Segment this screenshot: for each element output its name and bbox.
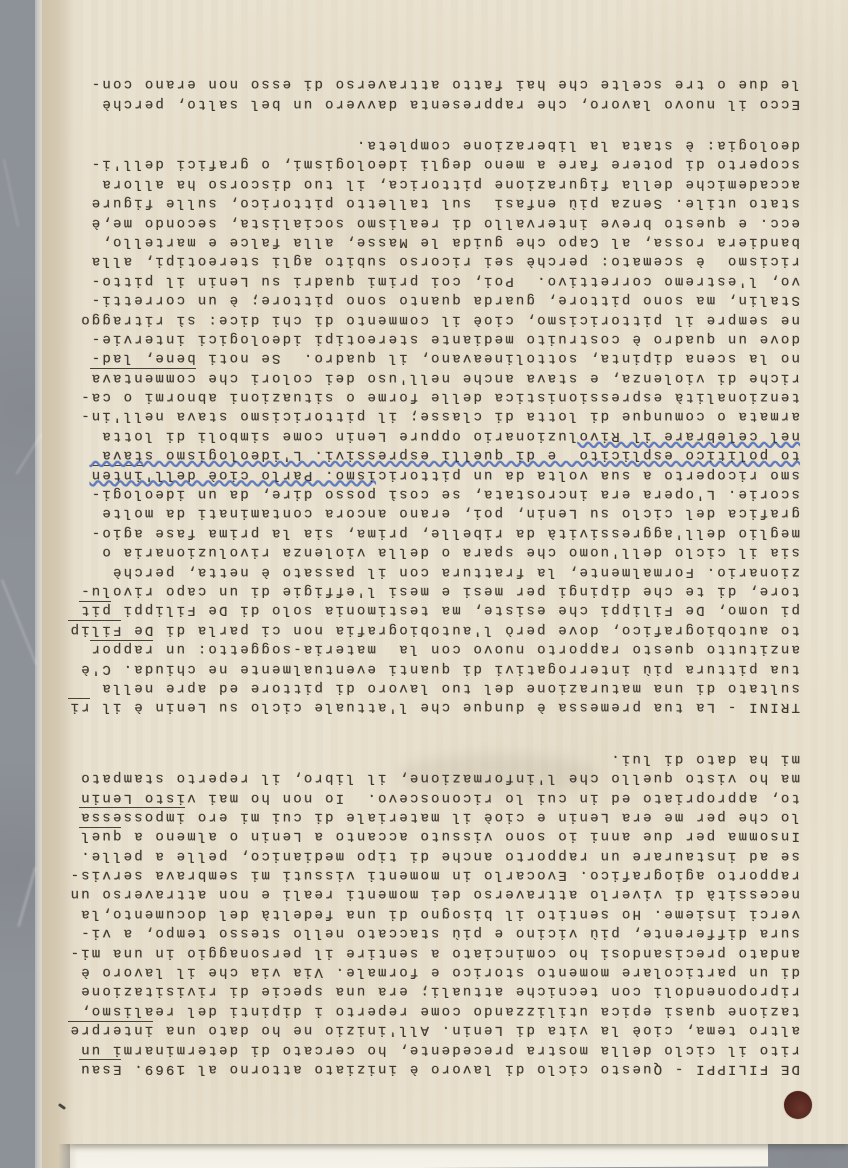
text-line: scorie. L'opera era incrostata, se così … (55, 484, 800, 503)
text-line: tazione quasi epica utilizzando come rep… (55, 1000, 800, 1019)
text-line: lo che per me era Lenin e cioè il materi… (55, 807, 800, 826)
text-line: deologia: è stata la liberazione complet… (55, 135, 800, 154)
typed-underline: commentava (90, 368, 196, 386)
text-line: sura differente, più vicino e più stacca… (55, 923, 800, 942)
typed-underline: impossessa (79, 807, 185, 825)
text-line: verci insieme. Ho sentito il bisogno di … (55, 903, 800, 922)
text-line: TRINI - La tua premessa è dunque che l'a… (55, 697, 800, 716)
text-line: riche di violenza, e stava anche nell'us… (55, 367, 800, 386)
text-line: riproponendoli con tecniche attuali; era… (55, 981, 800, 1000)
text-line: vo, l'estremo correttivo. Poi, coi primi… (55, 270, 800, 289)
text-line: anzitutto questo rapporto nuovo con la m… (55, 639, 800, 658)
text-line: stato utile. Senza più enfasi sul tallet… (55, 193, 800, 212)
text-line: dove un quadro è costruito mediante ster… (55, 329, 800, 348)
typed-underline: Filip (68, 620, 121, 638)
text-line: grafica del ciclo su Lenin, poi, erano a… (55, 503, 800, 522)
typed-underline: quel (79, 827, 121, 845)
scan-scene: DE FILIPPI - Questo ciclo di lavoro è in… (0, 0, 848, 1168)
text-line: pi uomo, De Filippi che esiste, ma testi… (55, 600, 800, 619)
typed-underline: ri (69, 698, 90, 716)
text-line: ma ho visto quello che l'informazione, i… (55, 768, 800, 787)
text-line: to politico esplicito e di quelli espres… (55, 445, 800, 464)
text-line: DE FILIPPI - Questo ciclo di lavoro è in… (55, 1059, 800, 1078)
text-line: meglio dell'aggressività da ribelle, pri… (55, 522, 800, 541)
text-line: nel celebrare il Rivoluzionario oppure L… (55, 426, 800, 445)
pen-underline: to politico esplicito (577, 447, 800, 463)
text-line: ricismo è scemato: perchè sei ricorso su… (55, 251, 800, 270)
pen-and-typed-underline: inten (90, 465, 143, 483)
text-line: Insomma per due anni io sono vissuto acc… (55, 826, 800, 845)
text-line: andato precisandosi ho cominciato a sent… (55, 942, 800, 961)
typed-underline: Esau (79, 1060, 121, 1078)
paragraph: TRINI - La tua premessa è dunque che l'a… (55, 135, 800, 717)
scanned-document-image: DE FILIPPI - Questo ciclo di lavoro è in… (0, 0, 848, 1168)
pen-underline: smo ricoperto a sua volta da un pittoric… (143, 467, 800, 483)
text-line: scoperto di potere fare a meno degli ide… (55, 154, 800, 173)
text-line: rito il ciclo della mostra precedente, h… (55, 1039, 800, 1058)
scanner-scuff (17, 867, 36, 927)
scanner-scuff (1, 579, 37, 665)
text-line: to, appropriato ed in cui lo riconoscevo… (55, 787, 800, 806)
ink-dot (784, 1091, 812, 1119)
text-line: se ad instaurare un rapporto anche di ti… (55, 845, 800, 864)
text-line: zionario. Formalmente, la frattura con i… (55, 561, 800, 580)
text-line: ecc. e questo breve intervallo di realis… (55, 212, 800, 231)
text-line: smo ricoperto a sua volta da un pittoric… (55, 464, 800, 483)
typed-text: DE FILIPPI - Questo ciclo di lavoro è in… (55, 74, 800, 1078)
text-line: ne sempre il pittoricismo, cioè il comme… (55, 309, 800, 328)
scanner-scuff (3, 159, 20, 228)
typed-underline: interpre (69, 1021, 154, 1039)
text-line: sultato di una maturazione del tuo lavor… (55, 678, 800, 697)
pen-underline: posso dire, da un ideologi- (90, 486, 376, 502)
text-line: accademiche della figurazione pittorica,… (55, 173, 800, 192)
page-stack-edge-highlight (35, 0, 42, 1168)
text-line: bandiera rossa, al Capo che guida le Mas… (55, 232, 800, 251)
text-line: rapporto agiografico. Evocarlo in moment… (55, 865, 800, 884)
text-line: no la scena dipinta, sottolineavano, il … (55, 348, 800, 367)
typed-underline: pit (79, 601, 111, 619)
text-line: Stalin, ma sono pittore, guarda quanto s… (55, 290, 800, 309)
text-line: necessità di viverlo attraverso dei mome… (55, 884, 800, 903)
typed-underline: inten (90, 465, 143, 483)
paragraph: Ecco il nuovo lavoro, che rappresenta da… (55, 74, 800, 113)
text-line: armata o comunque di lotta di classe; il… (55, 406, 800, 425)
text-line: Ecco il nuovo lavoro, che rappresenta da… (55, 93, 800, 112)
text-line: di un particolare momento storico e form… (55, 962, 800, 981)
paragraph: DE FILIPPI - Questo ciclo di lavoro è in… (55, 748, 800, 1078)
typed-underline: rappor (90, 640, 154, 658)
text-line: tore, di te che dipingi per mesi e mesi … (55, 581, 800, 600)
text-line: mi ha dato di lui. (55, 748, 800, 767)
text-line: tua pittura più interrogativi di quanti … (55, 658, 800, 677)
text-line: altro tema, cioè la vita di Lenin. All'i… (55, 1020, 800, 1039)
text-line: to autobiografico, dove però l'autobiogr… (55, 619, 800, 638)
text-line: le due o tre scelte che hai fatto attrav… (55, 74, 800, 93)
text-line: sia il ciclo dell'uomo che spara o della… (55, 542, 800, 561)
text-line: tenzionalità espressionistica delle form… (55, 387, 800, 406)
